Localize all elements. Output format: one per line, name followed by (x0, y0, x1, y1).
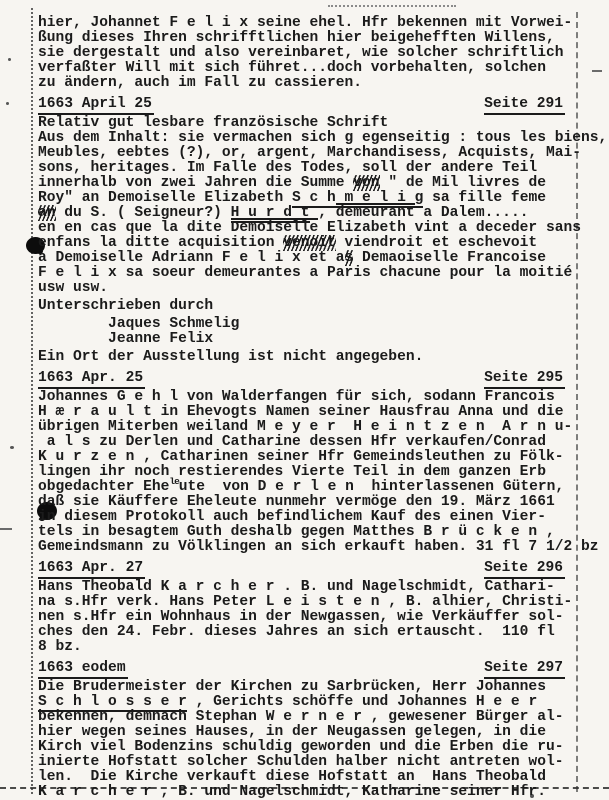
scan-speck (8, 58, 11, 61)
struck-text: s (345, 250, 354, 266)
text-segment: Die Brudermeister der Kirchen zu Sarbrüc… (38, 679, 546, 695)
text-segment: Jeanne Felix (38, 331, 213, 347)
signature-names: Jaques Schmelig Jeanne Felix (38, 317, 565, 347)
text-segment: Unterschrieben durch (38, 298, 213, 314)
text-line: in diesem Protokoll auch befindlichem Ka… (38, 510, 565, 525)
text-line: sons, heritages. Im Falle des Todes, sol… (38, 161, 565, 176)
text-line: Meubles, eebtes (?), or, argent, Marchan… (38, 146, 565, 161)
entry-date: 1663 April 25 (38, 97, 154, 115)
inserted-correction: le (169, 476, 178, 487)
scanned-document-page: hier, Johannet F e l i x seine ehel. Hfr… (0, 0, 609, 800)
text-line: a Demoiselle Adriann F e l i x et as Dem… (38, 251, 565, 266)
text-segment: Aus dem Inhalt: sie vermachen sich g ege… (38, 130, 607, 146)
text-segment: Ein Ort der Ausstellung ist nicht angege… (38, 349, 423, 365)
text-segment: daß sie Käuffere Eheleute nunmehr vermög… (38, 494, 555, 510)
entry-295-body: Johannes G e h l von Walderfangen für si… (38, 390, 565, 555)
text-line: H æ r a u l t in Ehevogts Namen seiner H… (38, 405, 565, 420)
text-line: bekennen, demnach Stephan W e r n e r , … (38, 710, 565, 725)
text-line: F e l i x sa soeur demeurantes a Paris c… (38, 266, 565, 281)
text-line: Jeanne Felix (38, 332, 565, 347)
text-segment: inierte Hofstatt solcher Schulden halber… (38, 754, 563, 770)
text-line: daß sie Käuffere Eheleute nunmehr vermög… (38, 495, 565, 510)
entry-296-body: Hans Theobald K a r c h e r . B. und Nag… (38, 580, 565, 655)
text-line: Die Brudermeister der Kirchen zu Sarbrüc… (38, 680, 565, 695)
entry-header: 1663 April 25Seite 291 (38, 97, 565, 115)
signed-by-label: Unterschrieben durch (38, 299, 565, 314)
scan-mark (592, 70, 602, 72)
entry-date: 1663 Apr. 27 (38, 561, 145, 579)
entry-date: 1663 Apr. 25 (38, 371, 145, 389)
text-line: en en cas que la dite Demoiselle Elizabe… (38, 221, 565, 236)
text-segment: , Gerichts schöffe und Johannes H e e r (187, 694, 537, 710)
text-line: Ein Ort der Ausstellung ist nicht angege… (38, 350, 565, 365)
text-segment: sa fille feme (423, 190, 546, 206)
text-line: 8 bz. (38, 640, 565, 655)
entry-header: 1663 eodemSeite 297 (38, 661, 565, 679)
text-line: ches den 24. Febr. dieses Jahres an sich… (38, 625, 565, 640)
struck-text: an (38, 205, 56, 221)
document-body: hier, Johannet F e l i x seine ehel. Hfr… (38, 16, 565, 800)
text-line: Jaques Schmelig (38, 317, 565, 332)
text-line: a l s zu Derlen und Catharine dessen Hfr… (38, 435, 565, 450)
text-segment: a l s zu Derlen und Catharine dessen Hfr… (38, 434, 546, 450)
text-line: enfans la ditte acquisition venoit viend… (38, 236, 565, 251)
text-segment: Kirch viel Bodenzins schuldig geworden u… (38, 739, 563, 755)
text-segment: ute von D e r l e n hinterlassenen Güter… (179, 479, 564, 495)
text-segment: en en cas que la dite (38, 220, 231, 236)
page-reference: Seite 295 (484, 371, 565, 389)
overlined-text: Demoiselle (231, 218, 319, 236)
entry-291-body: Relativ gut lesbare französische Schrift… (38, 116, 565, 296)
text-segment: bekennen, demnach Stephan W e r n e r , … (38, 709, 563, 725)
scan-speck (6, 102, 9, 105)
struck-text: venoit (283, 235, 336, 251)
text-line: Hans Theobald K a r c h e r . B. und Nag… (38, 580, 565, 595)
text-segment: Roy" an Demoiselle Elizabeth (38, 190, 292, 206)
text-segment: na s.Hfr verk. Hans Peter L e i s t e n … (38, 594, 572, 610)
text-line: sie dergestalt und also vereinbaret, wie… (38, 46, 565, 61)
text-segment: enfans la ditte acquisition (38, 235, 283, 251)
text-line: len. Die Kirche verkauft diese Hofstatt … (38, 770, 565, 785)
text-line: zu ändern, auch im Fall zu cassieren. (38, 76, 565, 91)
text-line: lingen ihr noch restierendes Vierte Teil… (38, 465, 565, 480)
text-segment: zu ändern, auch im Fall zu cassieren. (38, 75, 362, 91)
text-segment: übrigen Miterben weiland M e y e r H e i… (38, 419, 572, 435)
text-segment: len. Die Kirche verkauft diese Hofstatt … (38, 769, 546, 785)
text-segment: Gemeindsmann zu Völklingen an sich erkau… (38, 539, 599, 555)
text-segment: Relativ gut lesbare französische Schrift (38, 115, 388, 131)
text-segment: F e l i x sa soeur demeurantes a Paris c… (38, 265, 572, 281)
text-line: Unterschrieben durch (38, 299, 565, 314)
text-segment: verfaßter Will mit sich führet...doch vo… (38, 60, 546, 76)
text-segment: nen s.Hfr ein Wohnhaus in der Newgassen,… (38, 609, 563, 625)
text-line: Roy" an Demoiselle Elizabeth S c h m e l… (38, 191, 565, 206)
text-segment: Elizabeth vint a deceder sans (318, 220, 581, 236)
entry-297-body: Die Brudermeister der Kirchen zu Sarbrüc… (38, 680, 565, 800)
text-line: Gemeindsmann zu Völklingen an sich erkau… (38, 540, 565, 555)
text-line: ßung dieses Ihren schrifftlichen hier be… (38, 31, 565, 46)
text-segment: viendroit et eschevoit (336, 235, 537, 251)
text-line: na s.Hfr verk. Hans Peter L e i s t e n … (38, 595, 565, 610)
continuation-paragraph: hier, Johannet F e l i x seine ehel. Hfr… (38, 16, 565, 91)
text-line: hier, Johannet F e l i x seine ehel. Hfr… (38, 16, 565, 31)
text-segment: Demaoiselle Francoise (353, 250, 546, 266)
text-line: verfaßter Will mit sich führet...doch vo… (38, 61, 565, 76)
text-segment: Meubles, eebtes (?), or, argent, Marchan… (38, 145, 581, 161)
entry-header: 1663 Apr. 27Seite 296 (38, 561, 565, 579)
page-reference: Seite 291 (484, 97, 565, 115)
struck-text: von (353, 175, 379, 191)
text-line: Kirch viel Bodenzins schuldig geworden u… (38, 740, 565, 755)
text-segment: ßung dieses Ihren schrifftlichen hier be… (38, 30, 555, 46)
entry-date: 1663 eodem (38, 661, 128, 679)
place-note: Ein Ort der Ausstellung ist nicht angege… (38, 350, 565, 365)
text-line: K u r z e n , Catharinen seiner Hfr Geme… (38, 450, 565, 465)
text-segment: hier, Johannet F e l i x seine ehel. Hfr… (38, 15, 572, 31)
left-margin-line (31, 8, 33, 794)
text-segment: Jaques Schmelig (38, 316, 239, 332)
text-line: S c h l o s s e r , Gerichts schöffe und… (38, 695, 565, 710)
text-segment: sie dergestalt und also vereinbaret, wie… (38, 45, 563, 61)
text-line: obgedachter Eheleute von D e r l e n hin… (38, 480, 565, 495)
text-line: Aus dem Inhalt: sie vermachen sich g ege… (38, 131, 565, 146)
right-margin-line (576, 12, 578, 792)
text-segment: K u r z e n , Catharinen seiner Hfr Geme… (38, 449, 563, 465)
overlined-text: demeurant (336, 203, 415, 221)
text-line: innerhalb von zwei Jahren die Summe von … (38, 176, 565, 191)
text-segment: obgedachter Ehe (38, 479, 169, 495)
scan-speck-row (328, 5, 456, 7)
text-segment: du S. ( Seigneur?) (56, 205, 231, 221)
scan-speck (10, 446, 14, 449)
text-segment: ches den 24. Febr. dieses Jahres an sich… (38, 624, 555, 640)
scan-mark (0, 528, 12, 530)
text-segment: in diesem Protokoll auch befindlichem Ka… (38, 509, 546, 525)
text-segment: usw usw. (38, 280, 108, 296)
text-segment: 8 bz. (38, 639, 82, 655)
text-segment: Hans Theobald K a r c h e r . B. und Nag… (38, 579, 555, 595)
text-segment: K a r c h e r , B. und Nagelschmidt, Kat… (38, 784, 546, 800)
text-segment: lingen ihr noch restierendes Vierte Teil… (38, 464, 546, 480)
text-segment: a Dalem..... (415, 205, 529, 221)
text-line: nen s.Hfr ein Wohnhaus in der Newgassen,… (38, 610, 565, 625)
text-line: usw usw. (38, 281, 565, 296)
text-segment: " de Mil livres de (380, 175, 546, 191)
text-segment: tels in besagtem Guth deshalb gegen Matt… (38, 524, 555, 540)
text-line: K a r c h e r , B. und Nagelschmidt, Kat… (38, 785, 565, 800)
text-segment: Johannes G e h l von Walderfangen für si… (38, 389, 555, 405)
text-line: übrigen Miterben weiland M e y e r H e i… (38, 420, 565, 435)
text-line: hier wegen seines Hauses, in der Neugass… (38, 725, 565, 740)
text-line: Relativ gut lesbare französische Schrift (38, 116, 565, 131)
text-line: inierte Hofstatt solcher Schulden halber… (38, 755, 565, 770)
text-segment: innerhalb von zwei Jahren die Summe (38, 175, 353, 191)
text-line: Johannes G e h l von Walderfangen für si… (38, 390, 565, 405)
entry-header: 1663 Apr. 25Seite 295 (38, 371, 565, 389)
text-segment: sons, heritages. Im Falle des Todes, sol… (38, 160, 537, 176)
text-line: tels in besagtem Guth deshalb gegen Matt… (38, 525, 565, 540)
text-segment: H æ r a u l t in Ehevogts Namen seiner H… (38, 404, 563, 420)
text-segment: hier wegen seines Hauses, in der Neugass… (38, 724, 546, 740)
text-segment: a Demoiselle Adriann F e l i x et a (38, 250, 345, 266)
page-reference: Seite 296 (484, 561, 565, 579)
page-reference: Seite 297 (484, 661, 565, 679)
